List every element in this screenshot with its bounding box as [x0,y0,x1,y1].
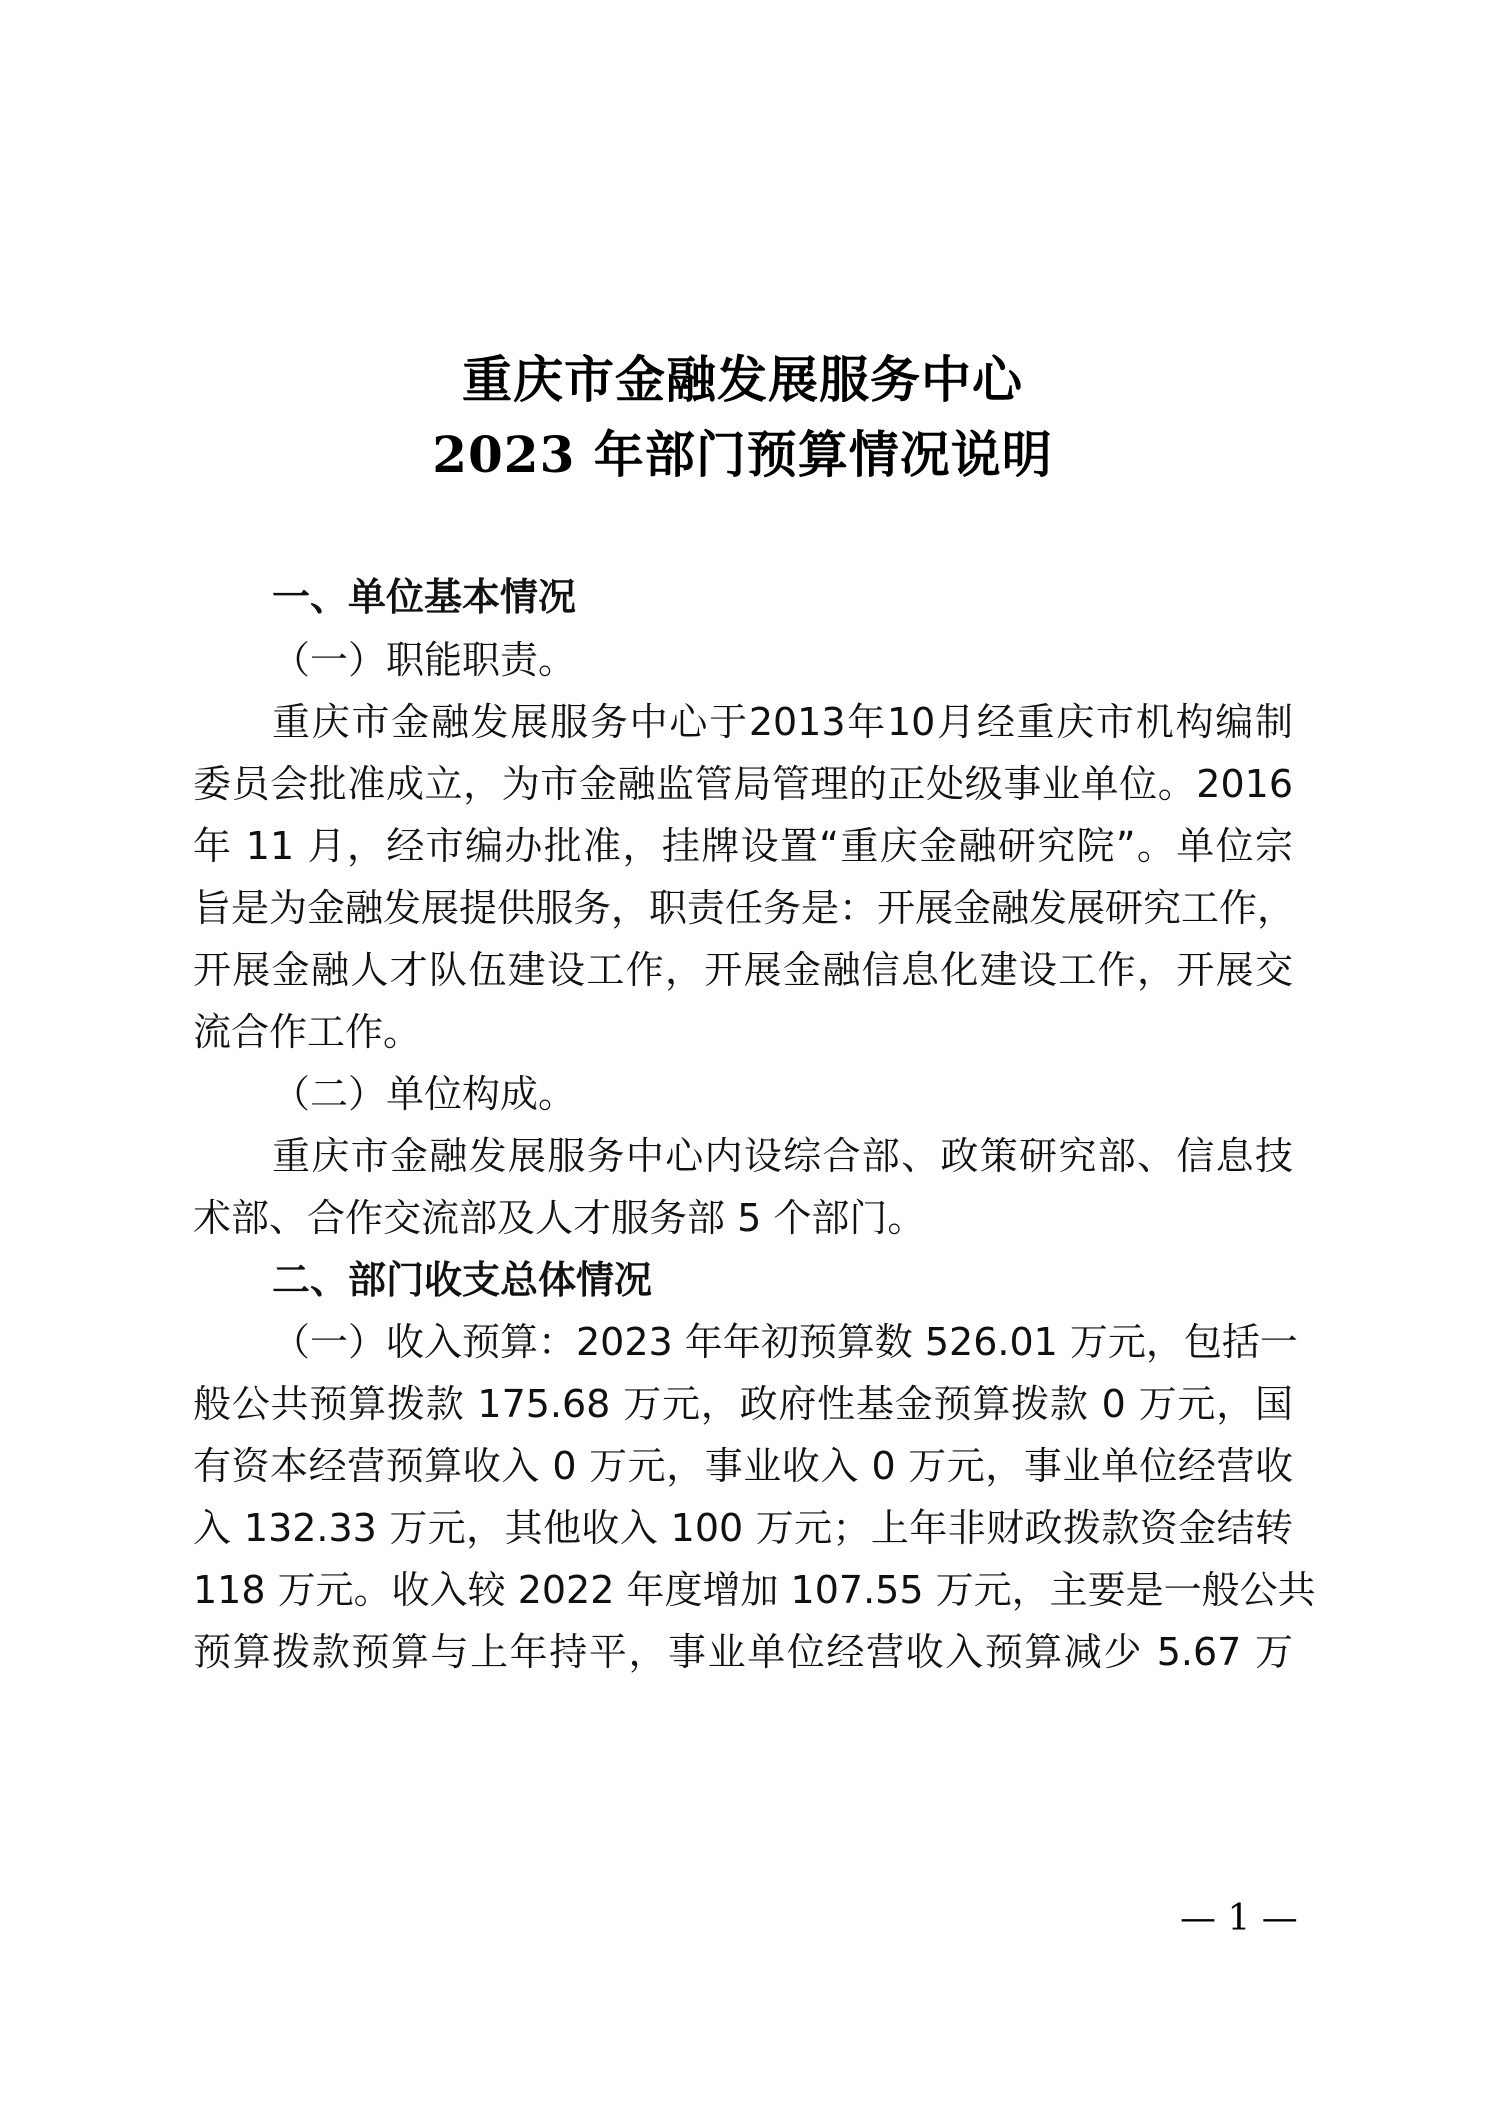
document-title-line1: 重庆市金融发展服务中心 [0,340,1485,412]
page-number: — 1 — [1180,1898,1298,1939]
paragraph-line: 流合作工作。 [193,1007,1293,1057]
subsection-heading-duties: （一）职能职责。 [272,635,1293,685]
paragraph-line: 年 11 月，经市编办批准，挂牌设置“重庆金融研究院”。单位宗 [193,821,1293,871]
paragraph-line: 重庆市金融发展服务中心于2013年10月经重庆市机构编制 [272,697,1293,747]
paragraph-line: 开展金融人才队伍建设工作，开展金融信息化建设工作，开展交 [193,945,1293,995]
paragraph-line: 委员会批准成立，为市金融监管局管理的正处级事业单位。2016 [193,759,1293,809]
paragraph-line: 有资本经营预算收入 0 万元，事业收入 0 万元，事业单位经营收 [193,1441,1293,1491]
paragraph-line: 118 万元。收入较 2022 年度增加 107.55 万元，主要是一般公共 [193,1565,1293,1615]
document-title-line2: 2023 年部门预算情况说明 [0,415,1485,487]
paragraph-line: 般公共预算拨款 175.68 万元，政府性基金预算拨款 0 万元，国 [193,1379,1293,1429]
section-heading-budget-overview: 二、部门收支总体情况 [272,1255,1293,1305]
paragraph-line: 旨是为金融发展提供服务，职责任务是：开展金融发展研究工作， [193,883,1293,933]
subsection-heading-structure: （二）单位构成。 [272,1069,1293,1119]
document-page: 重庆市金融发展服务中心 2023 年部门预算情况说明 一、单位基本情况 （一）职… [0,0,1485,2101]
paragraph-line: 重庆市金融发展服务中心内设综合部、政策研究部、信息技 [272,1131,1293,1181]
paragraph-line: （一）收入预算：2023 年年初预算数 526.01 万元，包括一 [272,1317,1293,1367]
paragraph-line: 入 132.33 万元，其他收入 100 万元；上年非财政拨款资金结转 [193,1503,1293,1553]
paragraph-line: 术部、合作交流部及人才服务部 5 个部门。 [193,1193,1293,1243]
section-heading-basic-info: 一、单位基本情况 [272,572,1293,622]
paragraph-line: 预算拨款预算与上年持平，事业单位经营收入预算减少 5.67 万 [193,1627,1293,1677]
